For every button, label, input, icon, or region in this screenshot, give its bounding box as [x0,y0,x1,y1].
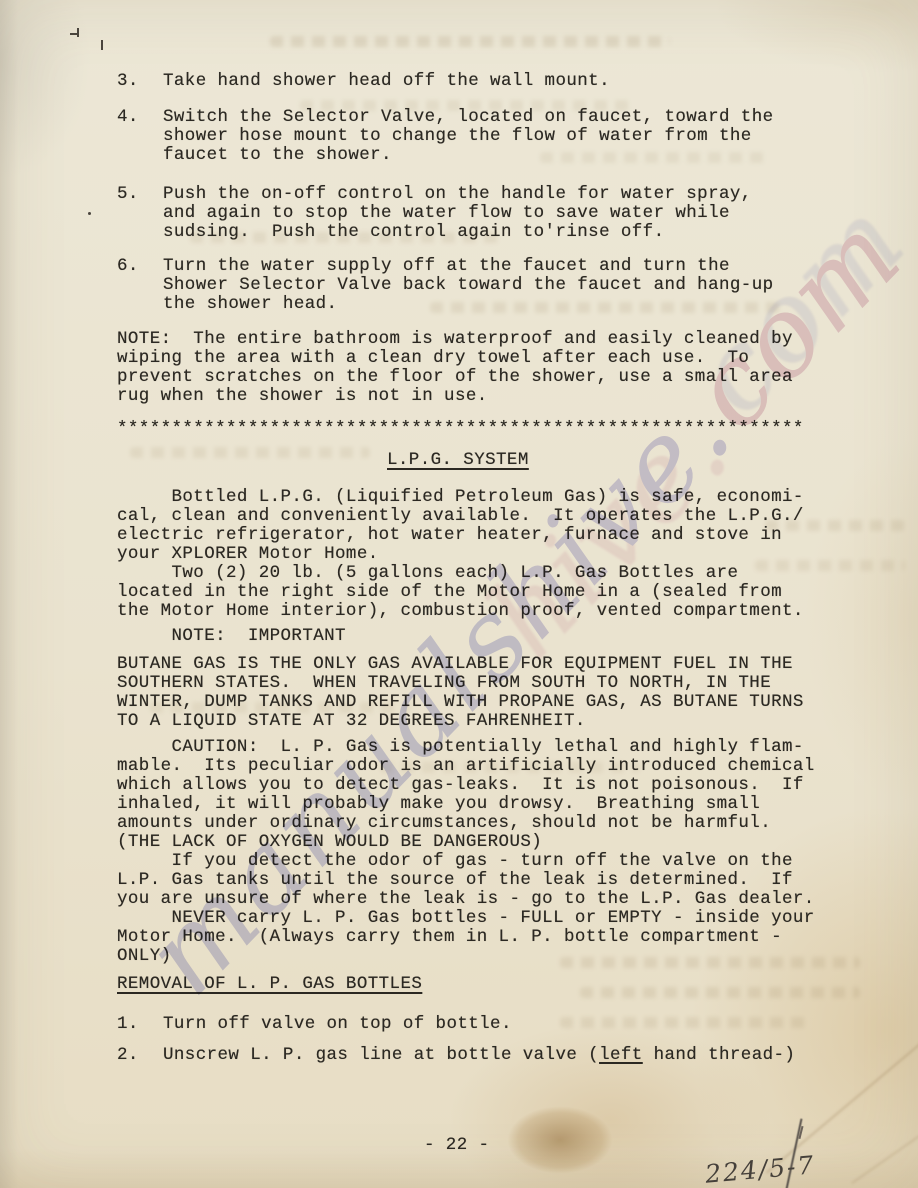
stray-mark [77,28,79,37]
item-text: Take hand shower head off the wall mount… [163,72,610,91]
stray-mark [88,212,91,215]
item-text-pre: Unscrew L. P. gas line at bottle valve ( [163,1045,599,1065]
bleed-through-line [270,36,670,47]
bleed-through-line [130,447,370,458]
list-item-5: 5. Push the on-off control on the handle… [117,185,161,261]
item-number: 5. [117,185,139,204]
paper-crease [851,1108,918,1184]
item-number: 1. [117,1015,139,1034]
bleed-through-line [580,987,860,998]
item-number: 3. [117,72,139,91]
scanned-manual-page: manualshive.com 3. Take hand shower head… [0,0,918,1188]
handwritten-note: 224/5-7 [704,1150,817,1188]
item-text: Unscrew L. P. gas line at bottle valve (… [163,1046,795,1065]
item-number: 6. [117,257,139,276]
section-heading-lpg-system: L.P.G. SYSTEM [387,451,529,470]
page-number: - 22 - [424,1136,489,1155]
bleed-through-line [560,1017,810,1028]
stray-mark [101,40,103,50]
caution-paragraph: CAUTION: L. P. Gas is potentially lethal… [117,738,815,852]
item-text: Push the on-off control on the handle fo… [163,185,752,242]
asterisk-divider: ****************************************… [117,420,804,439]
item-text: Switch the Selector Valve, located on fa… [163,108,774,165]
lpg-paragraph-1: Bottled L.P.G. (Liquified Petroleum Gas)… [117,488,804,564]
item-text-underlined-word: left [599,1045,643,1065]
item-number: 4. [117,108,139,127]
list-item-6: 6. Turn the water supply off at the fauc… [117,257,161,333]
item-text: Turn the water supply off at the faucet … [163,257,774,314]
note-paragraph: NOTE: The entire bathroom is waterproof … [117,330,793,406]
leak-paragraph: If you detect the odor of gas - turn off… [117,852,815,909]
item-number: 2. [117,1046,139,1065]
never-carry-paragraph: NEVER carry L. P. Gas bottles - FULL or … [117,909,815,966]
note-important-line: NOTE: IMPORTANT [117,627,346,646]
butane-warning-paragraph: BUTANE GAS IS THE ONLY GAS AVAILABLE FOR… [117,655,804,731]
lpg-paragraph-2: Two (2) 20 lb. (5 gallons each) L.P. Gas… [117,564,804,621]
removal-item-2: 2. Unscrew L. P. gas line at bottle valv… [117,1046,161,1122]
section-heading-removal: REMOVAL OF L. P. GAS BOTTLES [117,975,422,994]
item-text: Turn off valve on top of bottle. [163,1015,512,1034]
list-item-4: 4. Switch the Selector Valve, located on… [117,108,161,184]
item-text-post: hand thread-) [643,1045,796,1065]
